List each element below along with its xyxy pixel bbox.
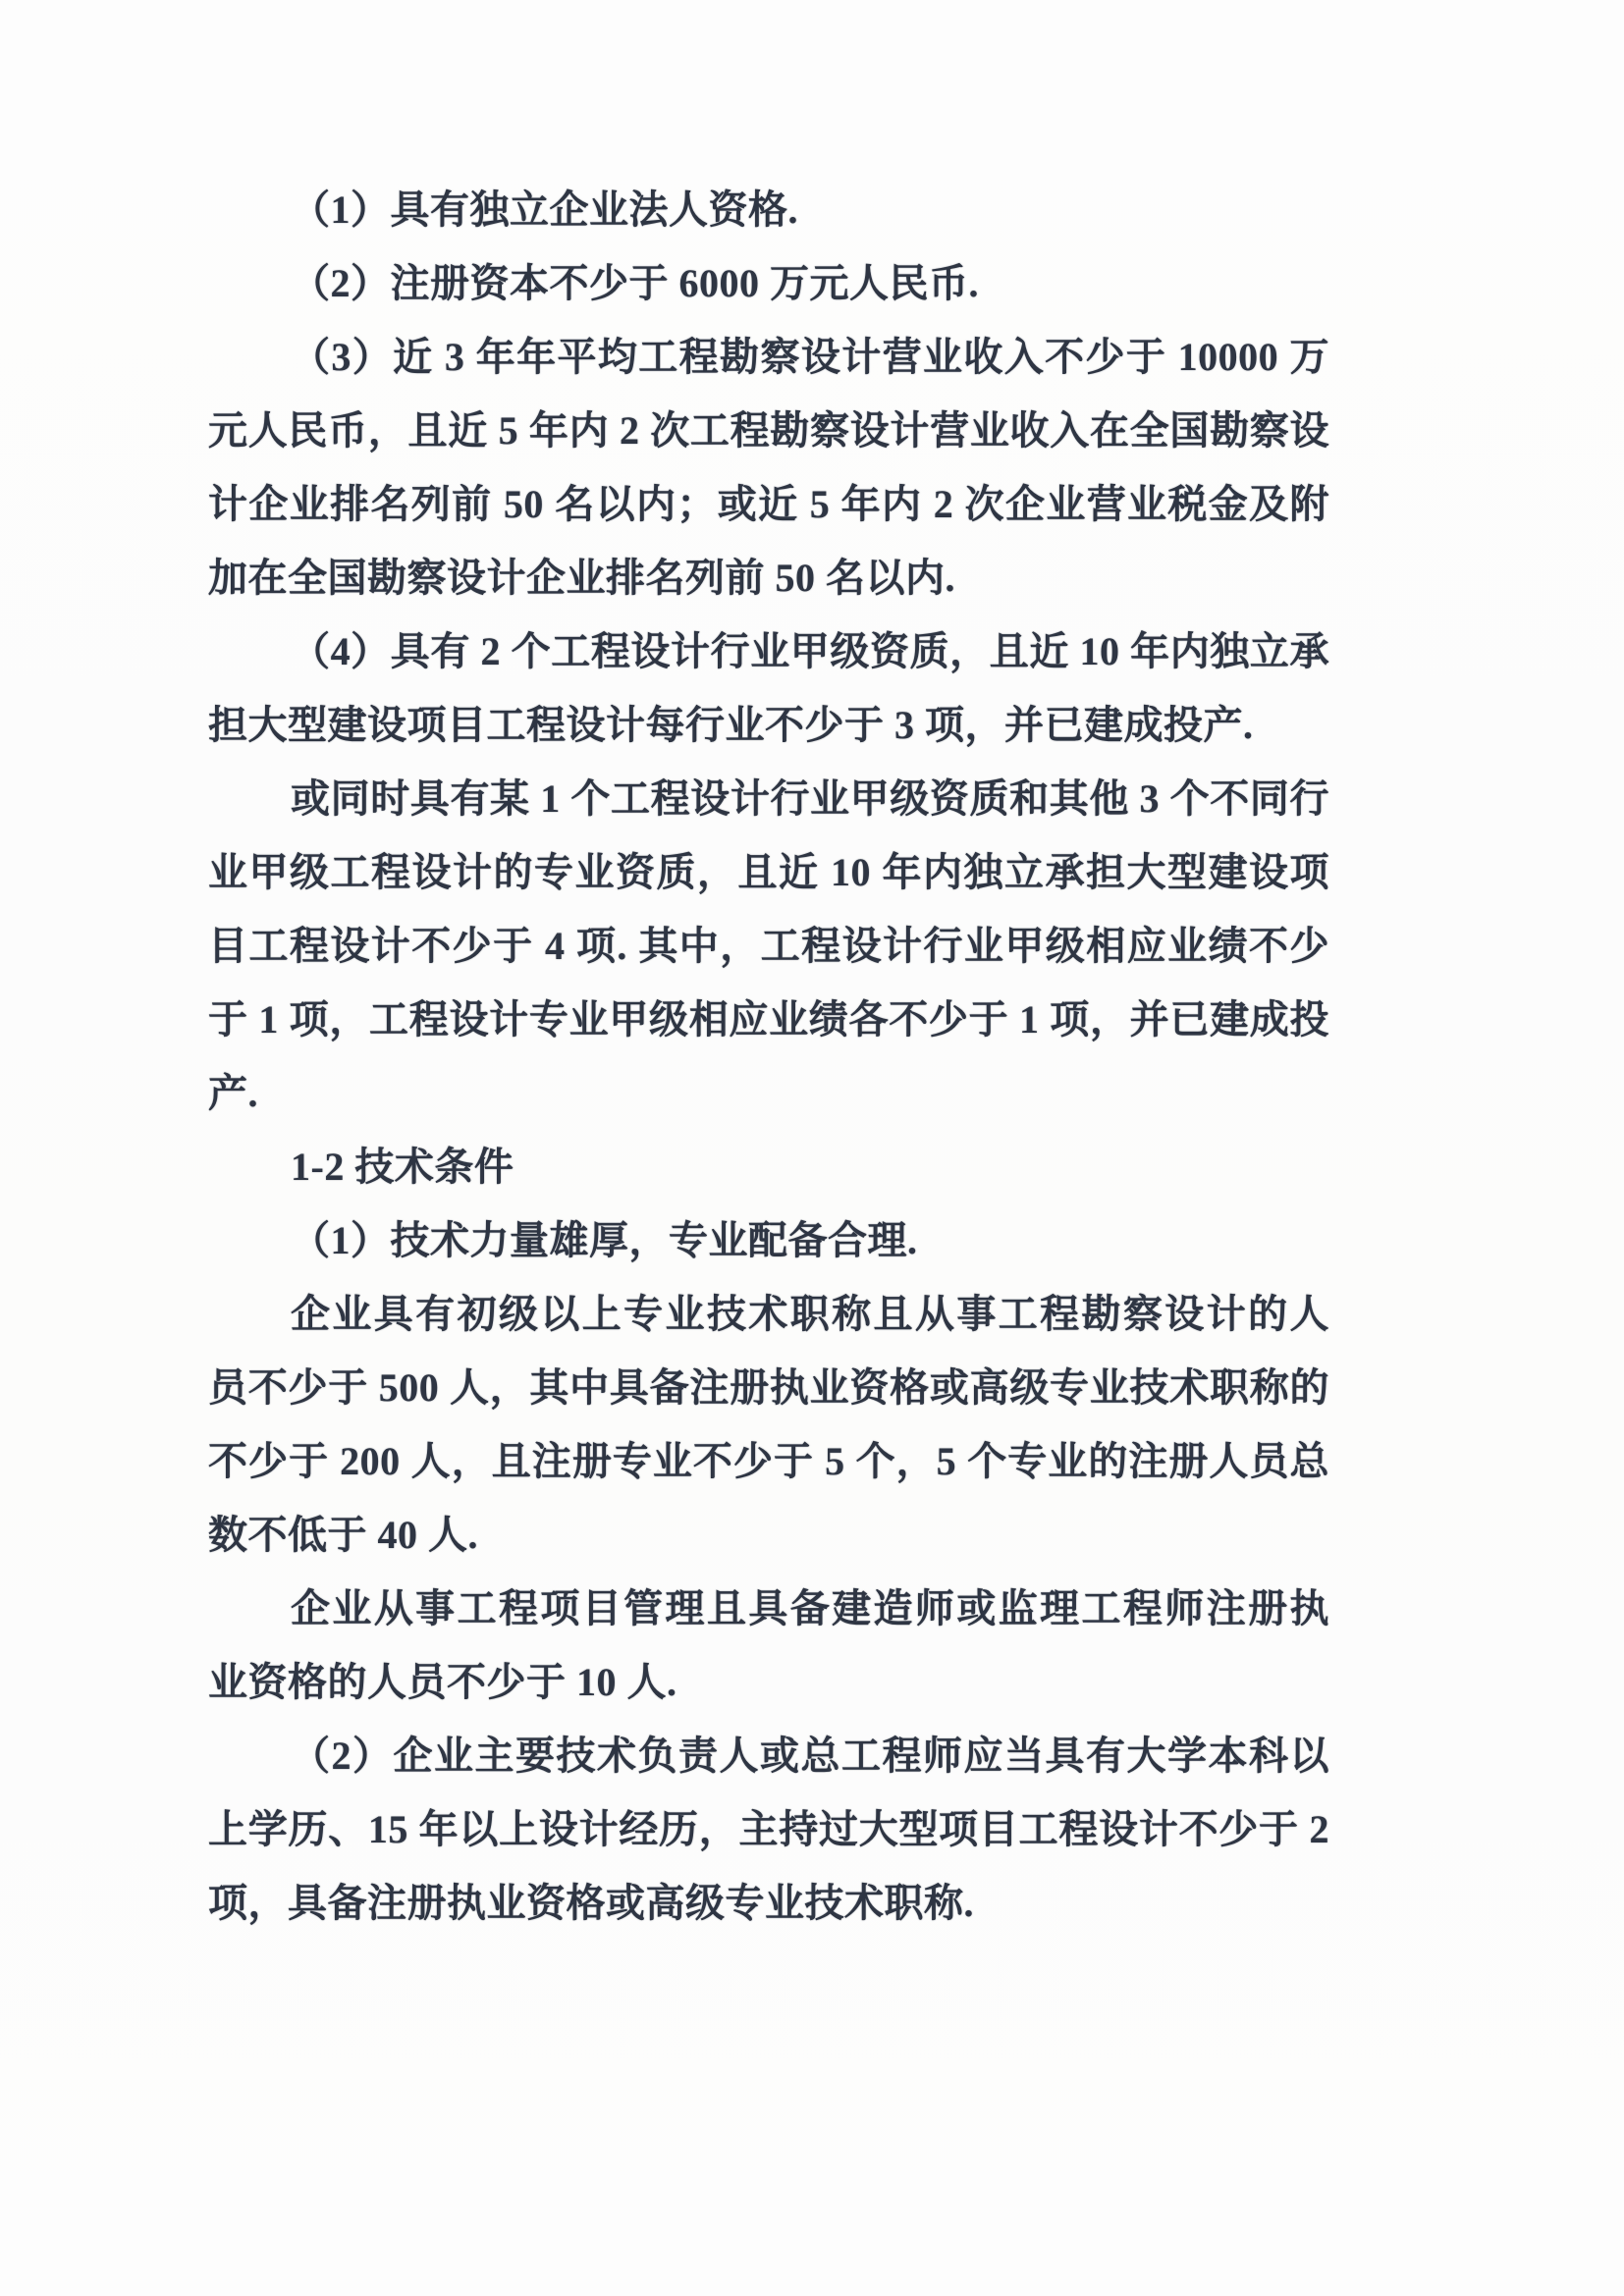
text-line: 目工程设计不少于 4 项. 其中，工程设计行业甲级相应业绩不少 xyxy=(208,909,1329,983)
text-line: 上学历、15 年以上设计经历，主持过大型项目工程设计不少于 2 xyxy=(208,1792,1329,1866)
text-line: 企业具有初级以上专业技术职称且从事工程勘察设计的人 xyxy=(208,1277,1329,1351)
document-body: （1）具有独立企业法人资格.（2）注册资本不少于 6000 万元人民币.（3）近… xyxy=(208,173,1329,1940)
text-line: 业资格的人员不少于 10 人. xyxy=(208,1645,1329,1719)
scanned-document-page: （1）具有独立企业法人资格.（2）注册资本不少于 6000 万元人民币.（3）近… xyxy=(0,0,1624,2296)
text-line: 业甲级工程设计的专业资质，且近 10 年内独立承担大型建设项 xyxy=(208,835,1329,909)
text-line: 或同时具有某 1 个工程设计行业甲级资质和其他 3 个不同行 xyxy=(208,762,1329,835)
text-line: 项，具备注册执业资格或高级专业技术职称. xyxy=(208,1866,1329,1940)
text-line: 员不少于 500 人，其中具备注册执业资格或高级专业技术职称的 xyxy=(208,1351,1329,1424)
section-heading: 1-2 技术条件 xyxy=(208,1130,1329,1203)
text-line: 于 1 项，工程设计专业甲级相应业绩各不少于 1 项，并已建成投 xyxy=(208,983,1329,1056)
text-line: 担大型建设项目工程设计每行业不少于 3 项，并已建成投产. xyxy=(208,688,1329,762)
text-line: 产. xyxy=(208,1056,1329,1130)
text-line: （2）企业主要技术负责人或总工程师应当具有大学本科以 xyxy=(208,1719,1329,1792)
text-line: （2）注册资本不少于 6000 万元人民币. xyxy=(208,246,1329,320)
text-line: 元人民币，且近 5 年内 2 次工程勘察设计营业收入在全国勘察设 xyxy=(208,394,1329,467)
text-line: （3）近 3 年年平均工程勘察设计营业收入不少于 10000 万 xyxy=(208,320,1329,394)
text-line: （1）具有独立企业法人资格. xyxy=(208,173,1329,246)
text-line: 数不低于 40 人. xyxy=(208,1498,1329,1572)
text-line: （4）具有 2 个工程设计行业甲级资质，且近 10 年内独立承 xyxy=(208,614,1329,688)
text-line: 企业从事工程项目管理且具备建造师或监理工程师注册执 xyxy=(208,1572,1329,1645)
text-line: 不少于 200 人，且注册专业不少于 5 个，5 个专业的注册人员总 xyxy=(208,1424,1329,1498)
text-line: 加在全国勘察设计企业排名列前 50 名以内. xyxy=(208,541,1329,614)
text-line: （1）技术力量雄厚，专业配备合理. xyxy=(208,1203,1329,1277)
text-line: 计企业排名列前 50 名以内；或近 5 年内 2 次企业营业税金及附 xyxy=(208,467,1329,541)
